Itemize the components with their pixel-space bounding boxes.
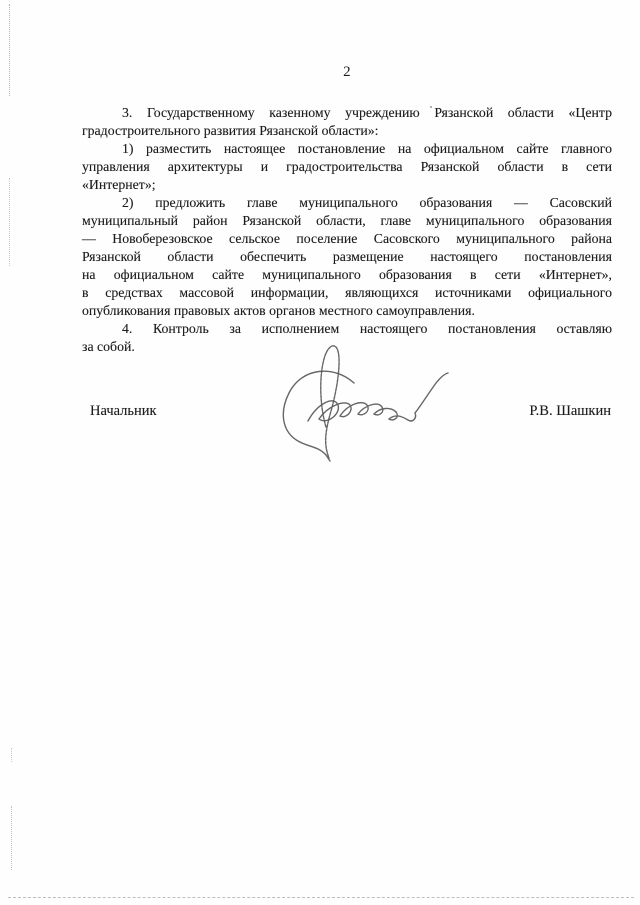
page-number: 2 — [82, 64, 612, 81]
subitem-2-line-5: на официальном сайте муниципального обра… — [82, 266, 612, 284]
document-body: 3. Государственному казенному учреждению… — [82, 104, 612, 356]
subitem-2-line-3: — Новоберезовское сельское поселение Сас… — [82, 230, 612, 248]
paragraph-3-line-1: 3. Государственному казенному учреждению… — [82, 104, 612, 122]
document-page: 2 3. Государственному казенному учрежден… — [0, 0, 640, 905]
subitem-2-line-6: в средствах массовой информации, являющи… — [82, 284, 612, 302]
subitem-1-line-3: «Интернет»; — [82, 176, 612, 194]
signatory-position: Начальник — [90, 403, 157, 420]
paragraph-3-line-2: градостроительного развития Рязанской об… — [82, 122, 612, 140]
subitem-2-line-4: Рязанской области обеспечить размещение … — [82, 248, 612, 266]
subitem-2-line-1: 2) предложить главе муниципального образ… — [82, 194, 612, 212]
subitem-2-line-2: муниципальный район Рязанской области, г… — [82, 212, 612, 230]
scan-artifact-left-dots — [9, 178, 10, 266]
subitem-2-line-7: опубликования правовых актов органов мес… — [82, 302, 612, 320]
subitem-1-line-1: 1) разместить настоящее постановление на… — [82, 140, 612, 158]
scan-artifact-left-dots — [11, 806, 12, 870]
subitem-1-line-2: управления архитектуры и градостроительс… — [82, 158, 612, 176]
signatory-name: Р.В. Шашкин — [529, 403, 611, 420]
paragraph-4-line-1: 4. Контроль за исполнением настоящего по… — [82, 320, 612, 338]
scan-artifact-bottom-edge — [8, 897, 634, 898]
signature-mark — [270, 337, 452, 473]
scan-artifact-left-dots — [11, 748, 12, 762]
scan-artifact-left-dots — [9, 4, 10, 96]
